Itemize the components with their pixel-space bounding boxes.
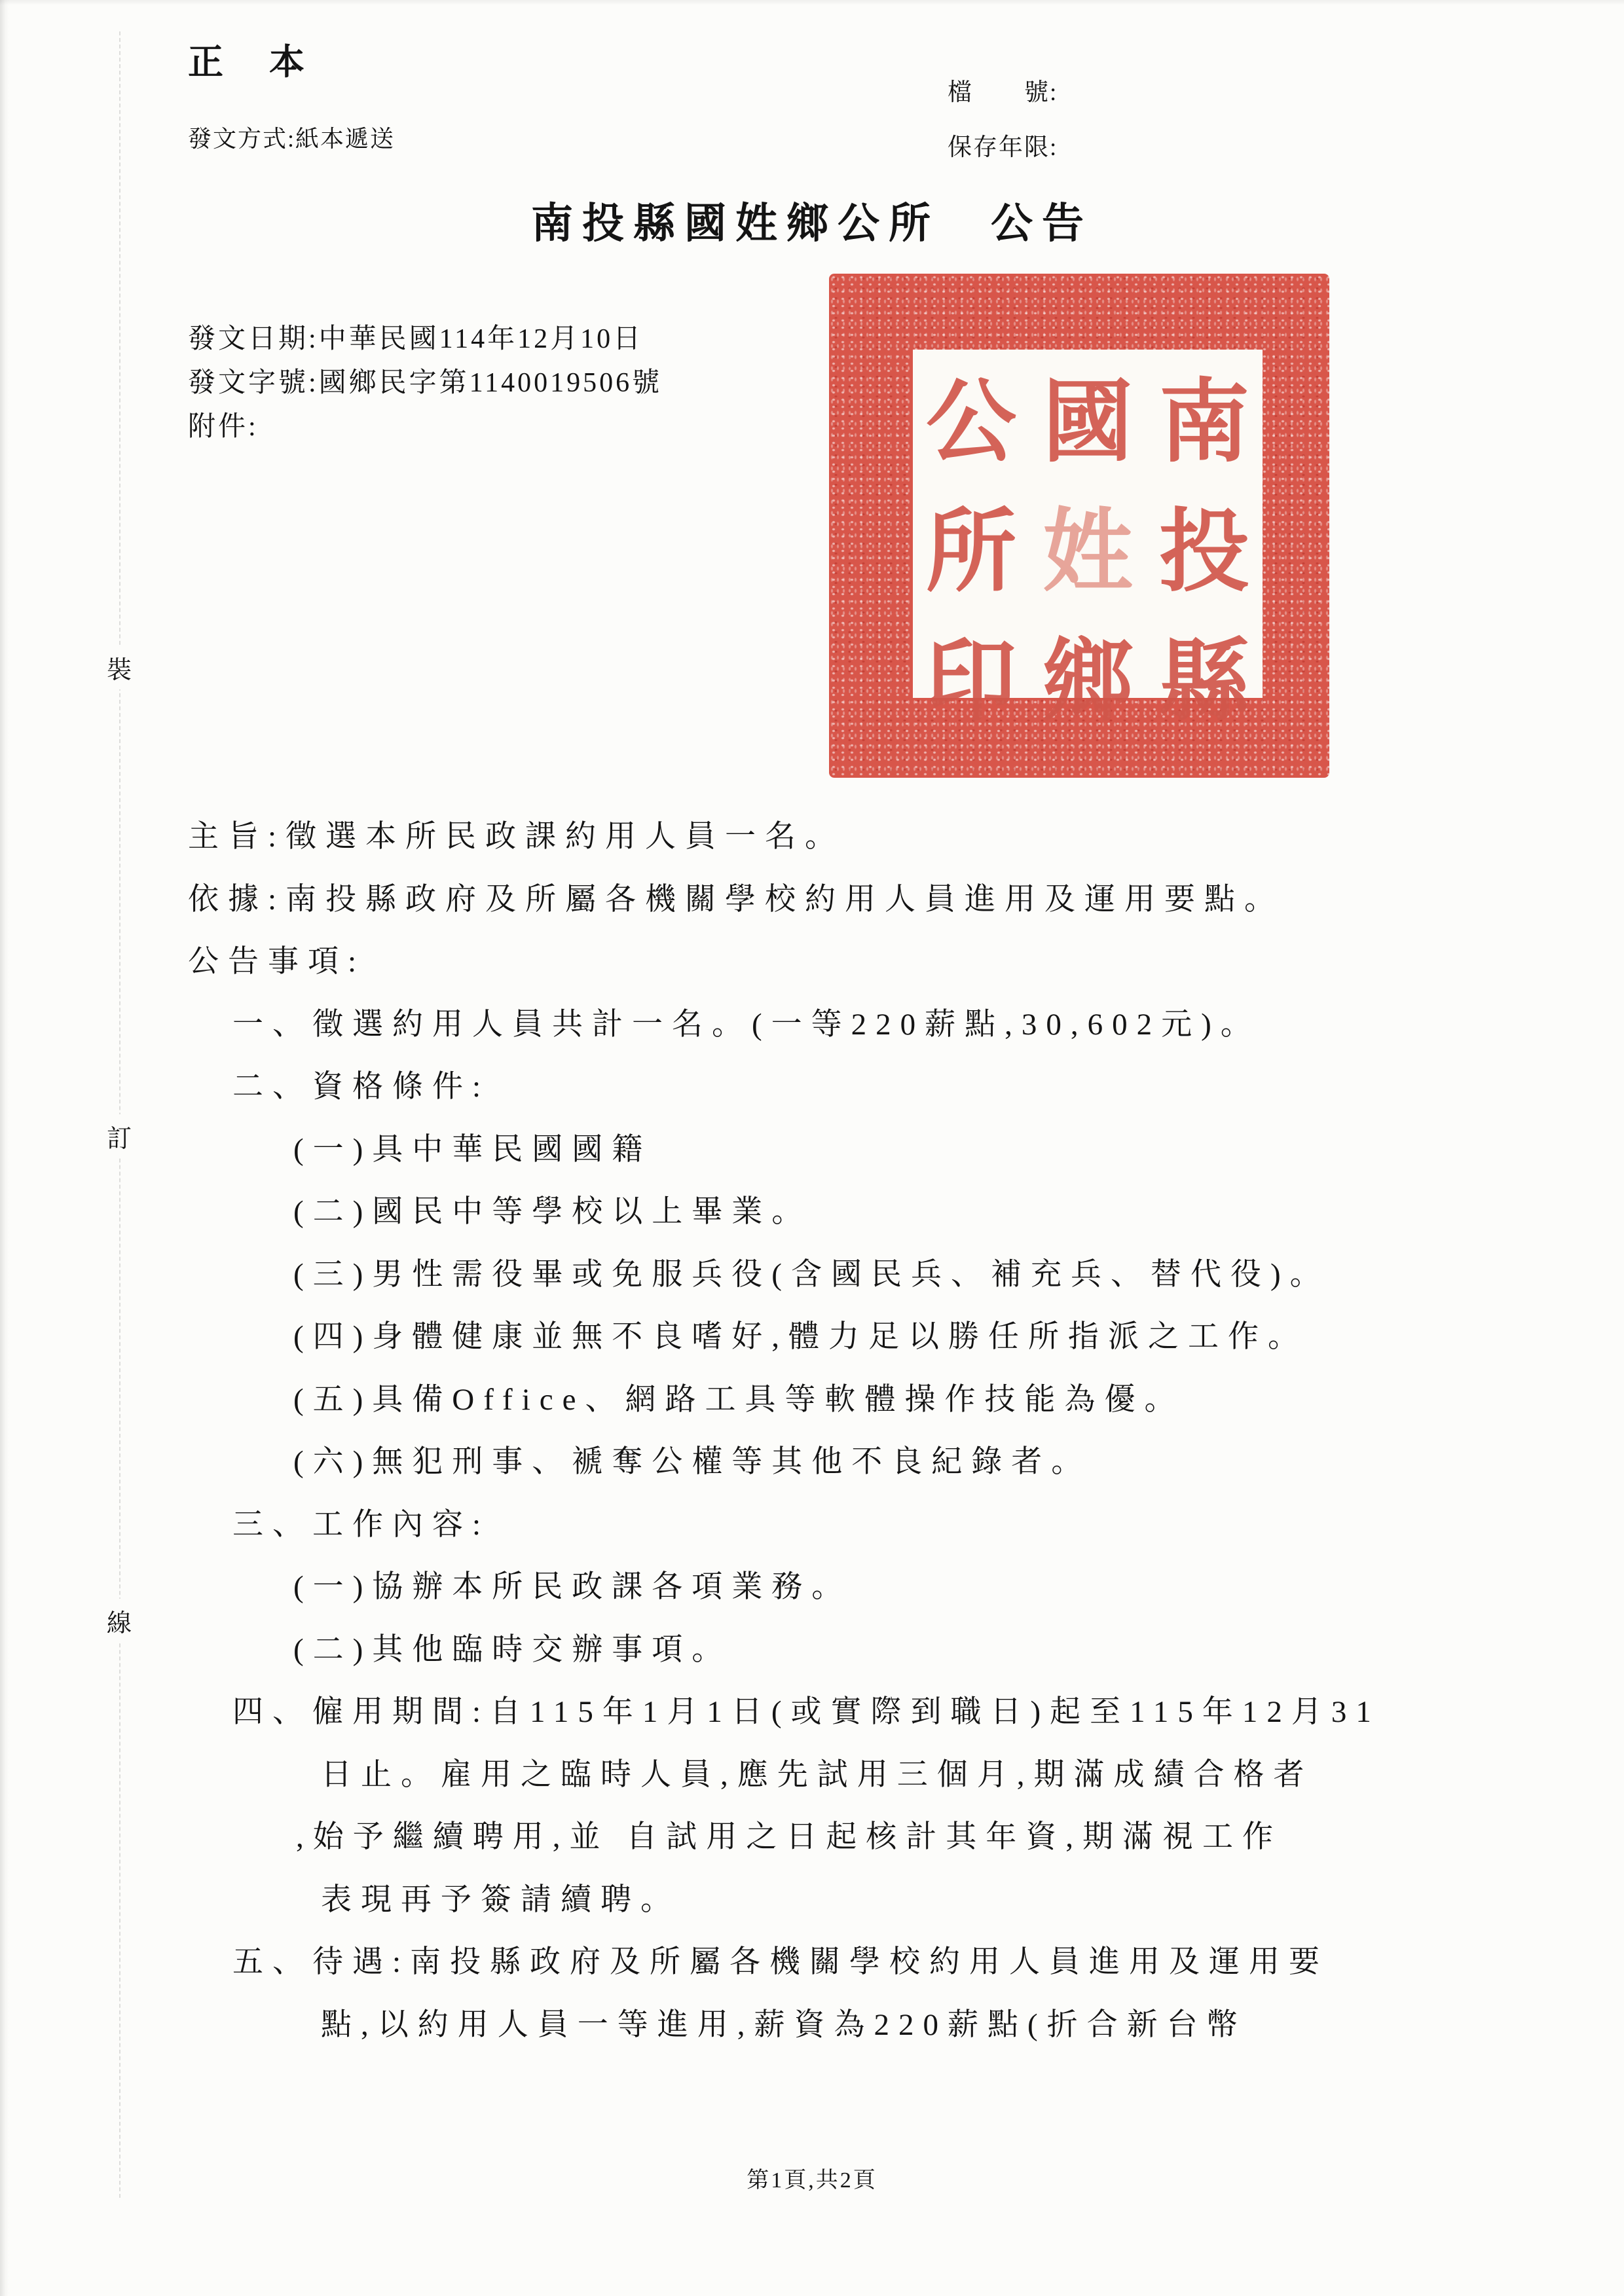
body-line: 日止。雇用之臨時人員,應先試用三個月,期滿成績合格者 — [0, 1741, 1624, 1804]
binding-mark-zhuang: 裝 — [100, 646, 139, 689]
attachment-label: 附件: — [188, 405, 259, 444]
document-title: 南投縣國姓鄉公所 公告 — [0, 190, 1624, 250]
seal-char: 姓 — [1029, 479, 1146, 609]
body-line: (四)身體健康並無不良嗜好,體力足以勝任所指派之工作。 — [0, 1303, 1624, 1366]
announcement-body: 主旨:徵選本所民政課約用人員一名。 依據:南投縣政府及所屬各機關學校約用人員進用… — [0, 803, 1624, 2053]
page: 裝 訂 線 正 本 發文方式:紙本遞送 檔 號: 保存年限: 南投縣國姓鄉公所 … — [0, 0, 1624, 2296]
seal-char: 印 — [913, 609, 1029, 738]
body-line: ,始予繼續聘用,並 自試用之日起核計其年資,期滿視工作 — [0, 1803, 1624, 1866]
delivery-method-label: 發文方式:紙本遞送 — [188, 120, 395, 154]
body-line: (二)國民中等學校以上畢業。 — [0, 1178, 1624, 1241]
body-line: 五、待遇:南投縣政府及所屬各機關學校約用人員進用及運用要 — [0, 1928, 1624, 1991]
body-line: 表現再予簽請續聘。 — [0, 1866, 1624, 1929]
retention-period-label: 保存年限: — [948, 127, 1058, 162]
body-line: (六)無犯刑事、褫奪公權等其他不良紀錄者。 — [0, 1428, 1624, 1491]
body-line: (一)協辦本所民政課各項業務。 — [0, 1553, 1624, 1616]
seal-char: 公 — [913, 350, 1029, 479]
seal-char: 所 — [913, 479, 1029, 609]
seal-char: 南 — [1146, 350, 1263, 479]
body-line: (二)其他臨時交辦事項。 — [0, 1616, 1624, 1679]
seal-char: 鄉 — [1029, 609, 1146, 738]
official-seal-inner: 公 國 南 所 姓 投 印 鄉 縣 — [913, 350, 1263, 698]
body-line: 點,以約用人員一等進用,薪資為220薪點(折合新台幣 — [0, 1991, 1624, 2054]
copy-type-label: 正 本 — [188, 34, 310, 84]
body-line: (三)男性需役畢或免服兵役(含國民兵、補充兵、替代役)。 — [0, 1241, 1624, 1303]
body-line: 主旨:徵選本所民政課約用人員一名。 — [0, 803, 1624, 866]
doc-number: 發文字號:國鄉民字第1140019506號 — [188, 361, 662, 400]
body-line: 二、資格條件: — [0, 1053, 1624, 1116]
body-line: 三、工作內容: — [0, 1491, 1624, 1554]
page-footer: 第1頁,共2頁 — [0, 2162, 1624, 2194]
body-line: (一)具中華民國國籍 — [0, 1116, 1624, 1178]
body-line: (五)具備Office、網路工具等軟體操作技能為優。 — [0, 1366, 1624, 1429]
body-line: 一、徵選約用人員共計一名。(一等220薪點,30,602元)。 — [0, 991, 1624, 1053]
body-line: 四、僱用期間:自115年1月1日(或實際到職日)起至115年12月31 — [0, 1678, 1624, 1741]
body-line: 依據:南投縣政府及所屬各機關學校約用人員進用及運用要點。 — [0, 866, 1624, 928]
seal-char: 國 — [1029, 350, 1146, 479]
seal-char: 縣 — [1146, 609, 1263, 738]
official-seal: 公 國 南 所 姓 投 印 鄉 縣 — [829, 274, 1329, 778]
issue-date: 發文日期:中華民國114年12月10日 — [188, 317, 643, 356]
scan-edge-top — [0, 0, 1624, 5]
body-line: 公告事項: — [0, 928, 1624, 991]
seal-char: 投 — [1146, 479, 1263, 609]
file-number-label: 檔 號: — [948, 72, 1058, 107]
